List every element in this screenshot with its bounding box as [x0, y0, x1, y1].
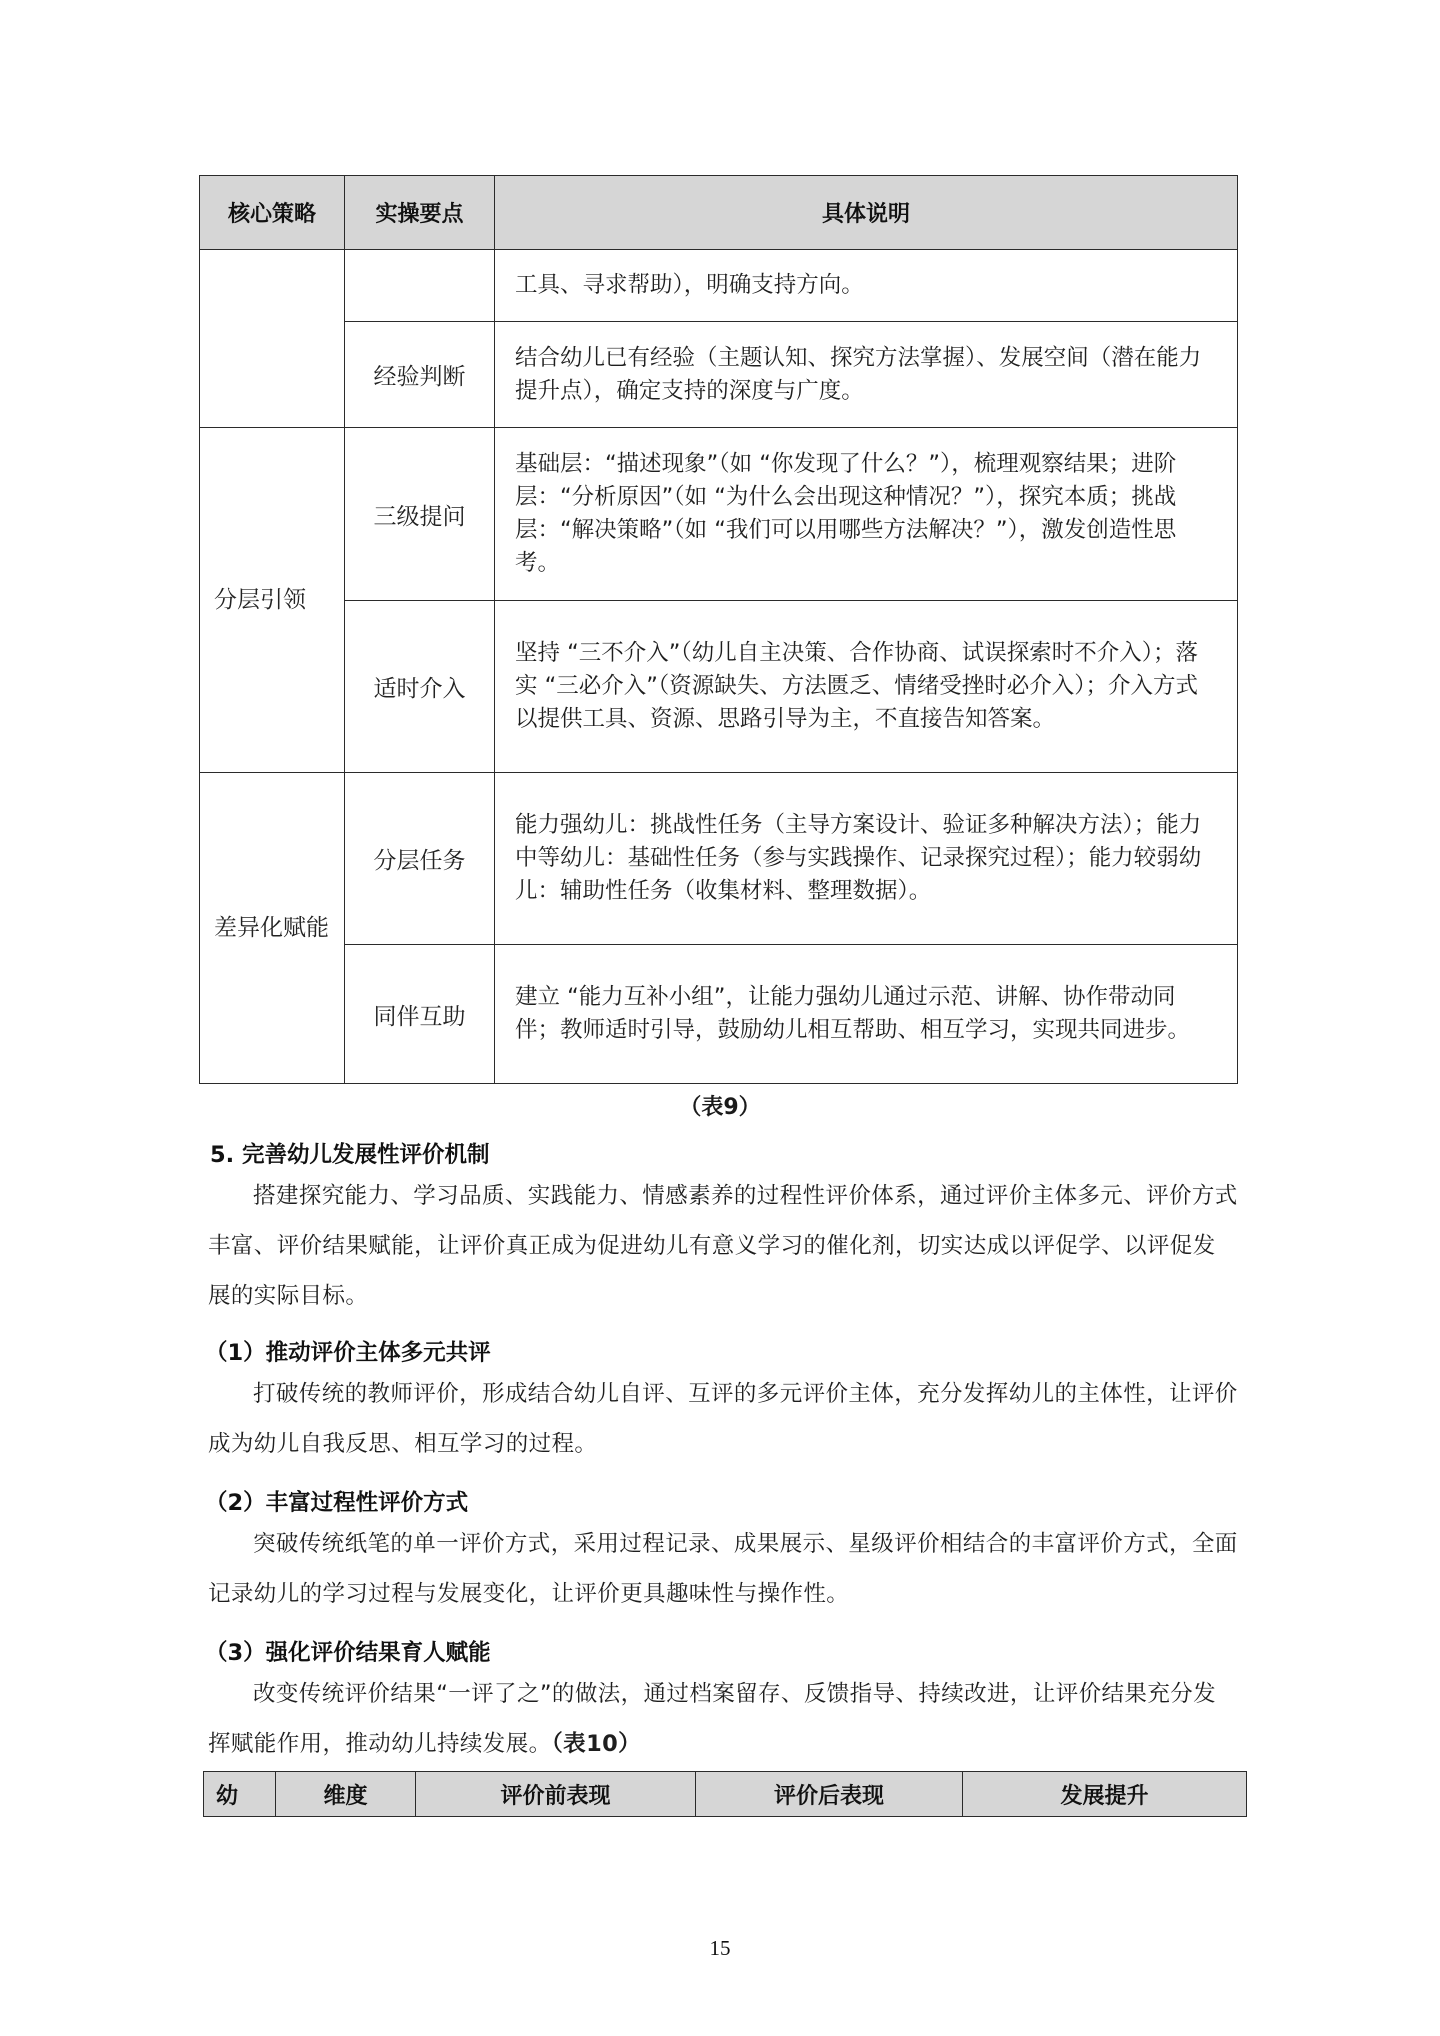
table9-caption: （表9）	[0, 1090, 1440, 1121]
subsection-heading-1: （1）推动评价主体多元共评	[205, 1335, 491, 1367]
header-practice-point: 实操要点	[345, 176, 495, 250]
paragraph-text: 改变传统评价结果“一评了之”的做法，通过档案留存、反馈指导、持续改进，让评价结果…	[208, 1681, 1216, 1757]
section-heading: 5. 完善幼儿发展性评价机制	[210, 1137, 490, 1169]
table-row: 差异化赋能 分层任务 能力强幼儿：挑战性任务（主导方案设计、验证多种解决方法）；…	[200, 773, 1238, 945]
subsection-paragraph-1: 打破传统的教师评价，形成结合幼儿自评、互评的多元评价主体，充分发挥幼儿的主体性，…	[208, 1369, 1238, 1469]
subsection-heading-3: （3）强化评价结果育人赋能	[205, 1635, 491, 1667]
strategy-cell: 差异化赋能	[200, 773, 345, 1084]
subsection-paragraph-3: 改变传统评价结果“一评了之”的做法，通过档案留存、反馈指导、持续改进，让评价结果…	[208, 1669, 1238, 1769]
detail-cell: 工具、寻求帮助），明确支持方向。	[495, 250, 1238, 322]
detail-cell: 能力强幼儿：挑战性任务（主导方案设计、验证多种解决方法）；能力中等幼儿：基础性任…	[495, 773, 1238, 945]
subsection-heading-2: （2）丰富过程性评价方式	[205, 1485, 468, 1517]
section-intro-paragraph: 搭建探究能力、学习品质、实践能力、情感素养的过程性评价体系，通过评价主体多元、评…	[208, 1171, 1238, 1321]
table-row: 适时介入 坚持 “三不介入”（幼儿自主决策、合作协商、试误探索时不介入）；落实 …	[200, 601, 1238, 773]
page-number: 15	[0, 1936, 1440, 1961]
point-cell: 三级提问	[345, 428, 495, 601]
table-reference: （表10）	[552, 1731, 642, 1757]
strategy-table: 核心策略 实操要点 具体说明 工具、寻求帮助），明确支持方向。 经验判断 结合幼…	[199, 175, 1238, 1084]
evaluation-table: 幼 维度 评价前表现 评价后表现 发展提升	[203, 1771, 1247, 1817]
table-header-row: 幼 维度 评价前表现 评价后表现 发展提升	[204, 1772, 1247, 1817]
detail-cell: 结合幼儿已有经验（主题认知、探究方法掌握）、发展空间（潜在能力提升点），确定支持…	[495, 322, 1238, 428]
detail-cell: 建立 “能力互补小组”，让能力强幼儿通过示范、讲解、协作带动同伴；教师适时引导，…	[495, 945, 1238, 1084]
header-after-evaluation: 评价后表现	[696, 1772, 963, 1817]
subsection-paragraph-2: 突破传统纸笔的单一评价方式，采用过程记录、成果展示、星级评价相结合的丰富评价方式…	[208, 1519, 1238, 1619]
strategy-cell: 分层引领	[200, 428, 345, 773]
strategy-cell	[200, 250, 345, 428]
point-cell: 同伴互助	[345, 945, 495, 1084]
header-before-evaluation: 评价前表现	[416, 1772, 696, 1817]
table-row: 分层引领 三级提问 基础层：“描述现象”（如 “你发现了什么？”），梳理观察结果…	[200, 428, 1238, 601]
detail-cell: 基础层：“描述现象”（如 “你发现了什么？”），梳理观察结果；进阶层：“分析原因…	[495, 428, 1238, 601]
table-row: 工具、寻求帮助），明确支持方向。	[200, 250, 1238, 322]
point-cell: 经验判断	[345, 322, 495, 428]
point-cell: 分层任务	[345, 773, 495, 945]
table-header-row: 核心策略 实操要点 具体说明	[200, 176, 1238, 250]
point-cell	[345, 250, 495, 322]
table-row: 经验判断 结合幼儿已有经验（主题认知、探究方法掌握）、发展空间（潜在能力提升点）…	[200, 322, 1238, 428]
header-development-gain: 发展提升	[963, 1772, 1247, 1817]
header-description: 具体说明	[495, 176, 1238, 250]
header-dimension: 维度	[276, 1772, 416, 1817]
detail-cell: 坚持 “三不介入”（幼儿自主决策、合作协商、试误探索时不介入）；落实 “三必介入…	[495, 601, 1238, 773]
table-row: 同伴互助 建立 “能力互补小组”，让能力强幼儿通过示范、讲解、协作带动同伴；教师…	[200, 945, 1238, 1084]
header-core-strategy: 核心策略	[200, 176, 345, 250]
document-page: 核心策略 实操要点 具体说明 工具、寻求帮助），明确支持方向。 经验判断 结合幼…	[0, 0, 1440, 2036]
point-cell: 适时介入	[345, 601, 495, 773]
header-child: 幼	[204, 1772, 276, 1817]
